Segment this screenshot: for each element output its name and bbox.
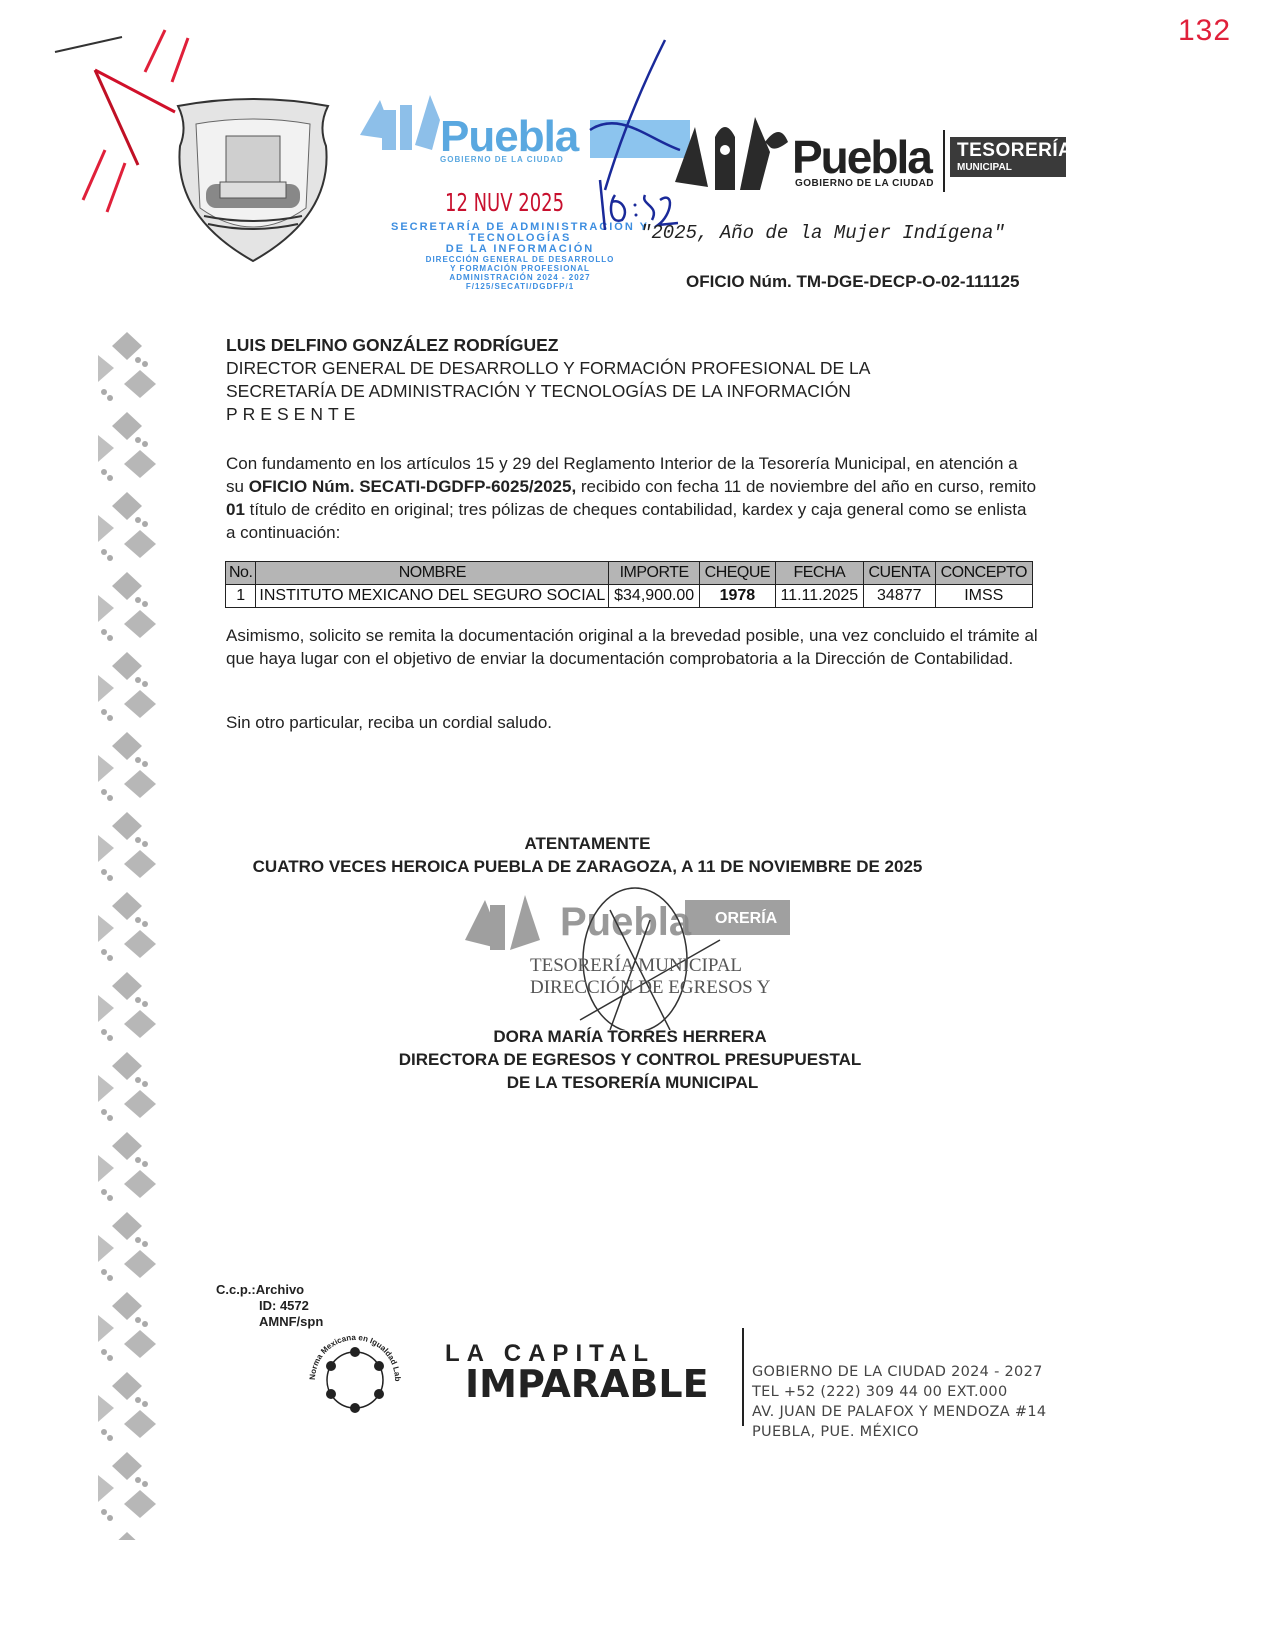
signer-name: DORA MARÍA TORRES HERRERA xyxy=(0,1025,1275,1048)
header-brand: Puebla xyxy=(792,130,931,184)
ccp-block: C.c.p.:Archivo ID: 4572 AMNF/spn xyxy=(216,1282,323,1330)
city-shield-logo xyxy=(168,96,338,266)
logo-divider xyxy=(943,130,945,192)
body-text: título de crédito en original; tres póli… xyxy=(226,500,1026,542)
cell-nombre: INSTITUTO MEXICANO DEL SEGURO SOCIAL xyxy=(256,585,609,608)
table-header-row: No. NOMBRE IMPORTE CHEQUE FECHA CUENTA C… xyxy=(226,562,1033,585)
closing-line: Sin otro particular, reciba un cordial s… xyxy=(226,713,552,733)
stamp-date: 12 NUV 2025 xyxy=(445,188,564,217)
body-paragraph-1: Con fundamento en los artículos 15 y 29 … xyxy=(226,452,1040,544)
salutation-text: ATENTAMENTE xyxy=(0,834,1275,854)
stamp-text-line: TESORERÍA MUNICIPAL xyxy=(530,955,771,977)
stamp-line: ADMINISTRACIÓN 2024 - 2027 xyxy=(340,273,700,282)
cell-no: 1 xyxy=(226,585,256,608)
col-header: No. xyxy=(226,562,256,585)
stamp-brand-sub: GOBIERNO DE LA CIUDAD xyxy=(440,155,564,164)
footer-line: GOBIERNO DE LA CIUDAD 2024 - 2027 xyxy=(752,1362,1046,1382)
stamp-line: Y FORMACIÓN PROFESIONAL xyxy=(340,264,700,273)
footer-address: AV. JUAN DE PALAFOX Y MENDOZA #14 xyxy=(752,1402,1046,1422)
footer-city: PUEBLA, PUE. MÉXICO xyxy=(752,1422,1046,1442)
body-text: recibido con fecha 11 de noviembre del a… xyxy=(576,477,1036,496)
cell-cheque: 1978 xyxy=(700,585,776,608)
signer-title-2: DE LA TESORERÍA MUNICIPAL xyxy=(0,1071,1275,1094)
stamp-text-line: DIRECCIÓN DE EGRESOS Y xyxy=(530,977,771,999)
signer-title-1: DIRECTORA DE EGRESOS Y CONTROL PRESUPUES… xyxy=(0,1048,1275,1071)
addressee-title-1: DIRECTOR GENERAL DE DESARROLLO Y FORMACI… xyxy=(226,357,870,380)
tesoreria-title: TESORERÍA xyxy=(957,140,1072,162)
footer-divider xyxy=(742,1328,744,1426)
addressee-block: LUIS DELFINO GONZÁLEZ RODRÍGUEZ DIRECTOR… xyxy=(226,334,870,426)
tesoreria-sub: MUNICIPAL xyxy=(957,162,1012,173)
signer-block: DORA MARÍA TORRES HERRERA DIRECTORA DE E… xyxy=(0,1025,1275,1094)
equality-seal-icon: Norma Mexicana en Igualdad Laboral y No … xyxy=(300,1325,410,1435)
stamp-line: F/125/SECATI/DGDFP/1 xyxy=(340,282,700,291)
footer-phone: TEL +52 (222) 309 44 00 EXT.000 xyxy=(752,1382,1046,1402)
cell-cuenta: 34877 xyxy=(864,585,936,608)
col-header: CHEQUE xyxy=(700,562,776,585)
place-date-text: CUATRO VECES HEROICA PUEBLA DE ZARAGOZA,… xyxy=(253,857,923,877)
reference-oficio: OFICIO Núm. SECATI-DGDFP-6025/2025, xyxy=(249,477,576,496)
cell-fecha: 11.11.2025 xyxy=(775,585,863,608)
year-motto: "2025, Año de la Mujer Indígena" xyxy=(640,222,1005,244)
greeting: PRESENTE xyxy=(226,403,870,426)
addressee-title-2: SECRETARÍA DE ADMINISTRACIÓN Y TECNOLOGÍ… xyxy=(226,380,870,403)
col-header: NOMBRE xyxy=(256,562,609,585)
slogan-line-2: IMPARABLE xyxy=(465,1362,709,1406)
ccp-line: C.c.p.:Archivo xyxy=(216,1282,323,1298)
svg-text:Puebla: Puebla xyxy=(560,900,692,944)
table-row: 1 INSTITUTO MEXICANO DEL SEGURO SOCIAL $… xyxy=(226,585,1033,608)
page-number: 132 xyxy=(1178,14,1231,48)
puebla-logo-art xyxy=(670,112,790,192)
tesoreria-badge: TESORERÍA MUNICIPAL xyxy=(950,137,1066,177)
document-count: 01 xyxy=(226,500,245,519)
col-header: CUENTA xyxy=(864,562,936,585)
addressee-name: LUIS DELFINO GONZÁLEZ RODRÍGUEZ xyxy=(226,334,870,357)
checks-table: No. NOMBRE IMPORTE CHEQUE FECHA CUENTA C… xyxy=(225,561,1033,608)
svg-text:ORERÍA: ORERÍA xyxy=(715,908,778,927)
body-paragraph-2: Asimismo, solicito se remita la document… xyxy=(226,624,1040,670)
signature-stamp-text: TESORERÍA MUNICIPAL DIRECCIÓN DE EGRESOS… xyxy=(530,955,771,999)
decorative-border xyxy=(92,330,162,1540)
cell-importe: $34,900.00 xyxy=(609,585,700,608)
salutation: ATENTAMENTE xyxy=(0,834,1275,854)
col-header: FECHA xyxy=(775,562,863,585)
col-header: IMPORTE xyxy=(609,562,700,585)
header-brand-sub: GOBIERNO DE LA CIUDAD xyxy=(795,178,934,189)
col-header: CONCEPTO xyxy=(935,562,1032,585)
place-date: CUATRO VECES HEROICA PUEBLA DE ZARAGOZA,… xyxy=(0,857,1275,877)
footer-contact: GOBIERNO DE LA CIUDAD 2024 - 2027 TEL +5… xyxy=(752,1362,1046,1442)
oficio-number: OFICIO Núm. TM-DGE-DECP-O-02-111125 xyxy=(686,272,1019,292)
stamp-line: DIRECCIÓN GENERAL DE DESARROLLO xyxy=(340,255,700,264)
ccp-id: ID: 4572 xyxy=(216,1298,323,1314)
stamp-line: DE LA INFORMACIÓN xyxy=(340,244,700,255)
cell-concepto: IMSS xyxy=(935,585,1032,608)
